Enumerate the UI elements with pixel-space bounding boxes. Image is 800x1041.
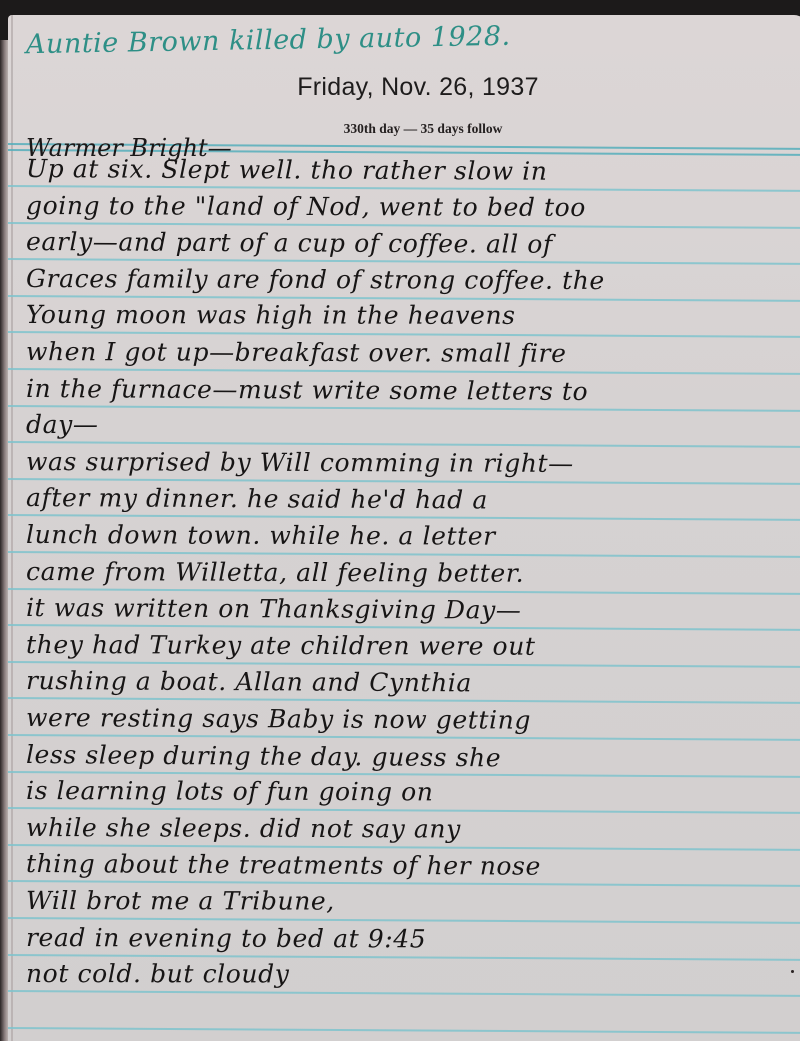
ruled-line [8,405,800,412]
entry-line: in the furnace—must write some letters t… [26,374,588,406]
scan-frame: Auntie Brown killed by auto 1928. Friday… [0,0,800,1041]
entry-line: less sleep during the day. guess she [26,740,501,772]
printed-date-heading: Friday, Nov. 26, 1937 [8,73,800,102]
entry-line: thing about the treatments of her nose [26,849,541,881]
entry-line: were resting says Baby is now getting [26,703,531,735]
handwritten-annotation: Auntie Brown killed by auto 1928. [26,21,511,60]
entry-line: not cold. but cloudy [26,959,290,988]
entry-line: Up at six. Slept well. tho rather slow i… [26,154,548,186]
entry-line: read in evening to bed at 9:45 [26,923,426,953]
entry-line: rushing a boat. Allan and Cynthia [26,666,472,697]
entry-line: going to the "land of Nod, went to bed t… [26,191,586,222]
diary-page: Auntie Brown killed by auto 1928. Friday… [8,15,800,1041]
ruled-line [8,990,800,997]
entry-line: was surprised by Will comming in right— [26,447,574,478]
ink-dot [791,970,794,973]
entry-line: is learning lots of fun going on [26,776,434,806]
entry-line: early—and part of a cup of coffee. all o… [26,227,553,259]
entry-line: it was written on Thanksgiving Day— [26,593,522,625]
left-margin-line [11,15,13,1041]
ruled-line [8,1027,800,1034]
entry-line: after my dinner. he said he'd had a [26,483,488,514]
entry-line: day— [26,410,98,439]
entry-line: they had Turkey ate children were out [26,630,536,661]
entry-line: when I got up—breakfast over. small fire [26,337,567,368]
entry-line: came from Willetta, all feeling better. [26,557,524,588]
entry-line: while she sleeps. did not say any [26,813,461,844]
entry-line: lunch down town. while he. a letter [26,520,496,551]
entry-line: Will brot me a Tribune, [26,886,335,916]
entry-line: Graces family are fond of strong coffee.… [26,264,605,295]
page-binding-edge [0,40,8,1041]
entry-line: Young moon was high in the heavens [26,300,516,330]
